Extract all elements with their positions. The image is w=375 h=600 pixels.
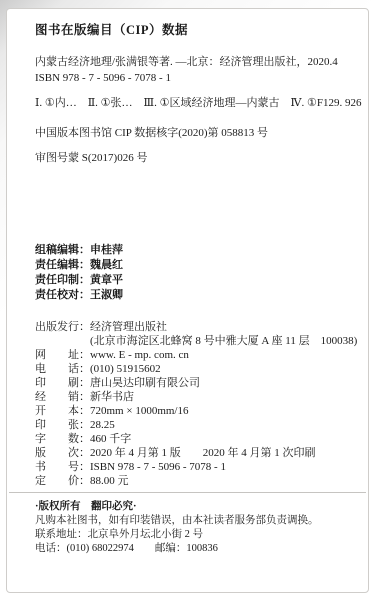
staff-row-responsible-editor: 责任编辑：魏晨红 bbox=[35, 258, 367, 273]
staff-row-print-supervisor: 责任印制：黄章平 bbox=[35, 273, 367, 288]
pub-label: 书 号： bbox=[35, 460, 90, 474]
pub-label: 电 话： bbox=[35, 362, 90, 376]
editorial-staff-block: 组稿编辑：申桂萍 责任编辑：魏晨红 责任印制：黄章平 责任校对：王淑卿 bbox=[35, 243, 367, 303]
staff-label: 责任编辑： bbox=[35, 258, 90, 273]
pub-label: 开 本： bbox=[35, 404, 90, 418]
service-line: 凡购本社图书，如有印装错误，由本社读者服务部负责调换。 bbox=[35, 514, 367, 528]
map-license-line: 审图号蒙 S(2017)026 号 bbox=[35, 150, 367, 166]
pub-row-printed-sheets: 印 张：28.25 bbox=[35, 418, 367, 432]
pub-value: (010) 51915602 bbox=[90, 363, 161, 375]
staff-row-commissioning-editor: 组稿编辑：申桂萍 bbox=[35, 243, 367, 258]
pub-value: (北京市海淀区北蜂窝 8 号中雅大厦 A 座 11 层 100038) bbox=[90, 335, 357, 347]
pub-row-publisher: 出版发行：经济管理出版社 bbox=[35, 320, 367, 334]
cip-classification-line: Ⅰ. ①内… Ⅱ. ①张… Ⅲ. ①区域经济地理—内蒙古 Ⅳ. ①F129. 9… bbox=[35, 95, 367, 111]
contact-phone-line: 电话：(010) 68022974 邮编：100836 bbox=[35, 542, 367, 556]
publication-info-block: 出版发行：经济管理出版社 (北京市海淀区北蜂窝 8 号中雅大厦 A 座 11 层… bbox=[35, 320, 367, 488]
pub-value: 经济管理出版社 bbox=[90, 321, 167, 333]
staff-name: 申桂萍 bbox=[90, 244, 123, 256]
pub-label: 网 址： bbox=[35, 348, 90, 362]
staff-label: 组稿编辑： bbox=[35, 243, 90, 258]
pub-value: 460 千字 bbox=[90, 433, 131, 445]
pub-label: 印 刷： bbox=[35, 376, 90, 390]
cip-header: 图书在版编目（CIP）数据 bbox=[35, 22, 367, 38]
pub-row-publisher-address: (北京市海淀区北蜂窝 8 号中雅大厦 A 座 11 层 100038) bbox=[35, 334, 367, 348]
pub-value: www. E - mp. com. cn bbox=[90, 349, 189, 361]
pub-row-website: 网 址：www. E - mp. com. cn bbox=[35, 348, 367, 362]
divider-rule bbox=[9, 492, 366, 493]
pub-label: 印 张： bbox=[35, 418, 90, 432]
pub-value: 唐山昊达印刷有限公司 bbox=[90, 377, 200, 389]
pub-row-edition: 版 次：2020 年 4 月第 1 版 2020 年 4 月第 1 次印刷 bbox=[35, 446, 367, 460]
book-copyright-page: 图书在版编目（CIP）数据 内蒙古经济地理/张满银等著. —北京：经济管理出版社… bbox=[0, 0, 375, 600]
cip-isbn-line: ISBN 978 - 7 - 5096 - 7078 - 1 bbox=[35, 70, 367, 86]
staff-name: 魏晨红 bbox=[90, 259, 123, 271]
staff-label: 责任印制： bbox=[35, 273, 90, 288]
pub-label: 字 数： bbox=[35, 432, 90, 446]
pub-label: 定 价： bbox=[35, 474, 90, 488]
pub-value: 88.00 元 bbox=[90, 475, 129, 487]
staff-name: 黄章平 bbox=[90, 274, 123, 286]
pub-label: 版 次： bbox=[35, 446, 90, 460]
staff-label: 责任校对： bbox=[35, 288, 90, 303]
cip-title-line: 内蒙古经济地理/张满银等著. —北京：经济管理出版社，2020.4 bbox=[35, 54, 367, 70]
contact-address-line: 联系地址：北京阜外月坛北小街 2 号 bbox=[35, 528, 367, 542]
pub-value: ISBN 978 - 7 - 5096 - 7078 - 1 bbox=[90, 461, 226, 473]
staff-name: 王淑卿 bbox=[90, 289, 123, 301]
pub-row-format: 开 本：720mm × 1000mm/16 bbox=[35, 404, 367, 418]
pub-row-word-count: 字 数：460 千字 bbox=[35, 432, 367, 446]
cip-description-block: 内蒙古经济地理/张满银等著. —北京：经济管理出版社，2020.4 ISBN 9… bbox=[35, 54, 367, 86]
staff-row-proofreader: 责任校对：王淑卿 bbox=[35, 288, 367, 303]
copyright-notice: ·版权所有 翻印必究· bbox=[35, 500, 367, 514]
pub-value: 720mm × 1000mm/16 bbox=[90, 405, 188, 417]
pub-row-distributor: 经 销：新华书店 bbox=[35, 390, 367, 404]
pub-row-phone: 电 话：(010) 51915602 bbox=[35, 362, 367, 376]
pub-value: 28.25 bbox=[90, 419, 115, 431]
pub-label: 出版发行： bbox=[35, 320, 90, 334]
pub-row-printer: 印 刷：唐山昊达印刷有限公司 bbox=[35, 376, 367, 390]
pub-value: 2020 年 4 月第 1 版 2020 年 4 月第 1 次印刷 bbox=[90, 447, 316, 459]
pub-label: 经 销： bbox=[35, 390, 90, 404]
pub-value: 新华书店 bbox=[90, 391, 134, 403]
copyright-footer-block: ·版权所有 翻印必究· 凡购本社图书，如有印装错误，由本社读者服务部负责调换。 … bbox=[35, 500, 367, 556]
pub-row-book-number: 书 号：ISBN 978 - 7 - 5096 - 7078 - 1 bbox=[35, 460, 367, 474]
cip-record-line: 中国版本图书馆 CIP 数据核字(2020)第 058813 号 bbox=[35, 125, 367, 141]
pub-row-price: 定 价：88.00 元 bbox=[35, 474, 367, 488]
